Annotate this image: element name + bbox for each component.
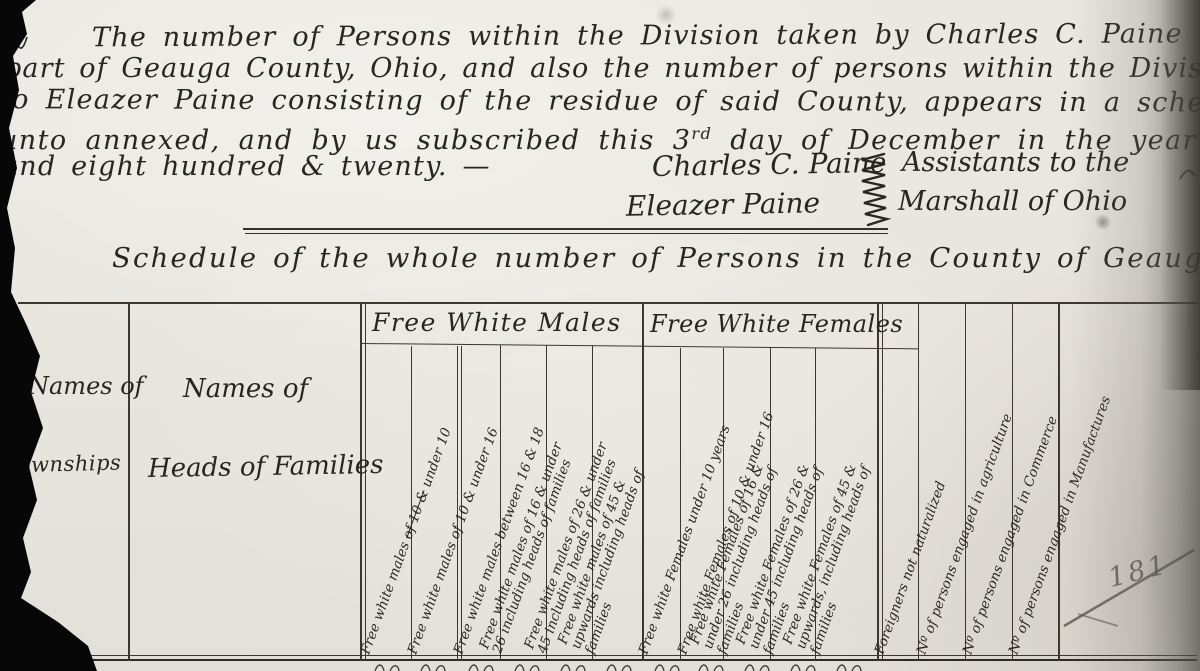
ink-fragment bbox=[742, 662, 772, 671]
ink-fragment bbox=[604, 662, 634, 671]
grid-line bbox=[918, 303, 919, 661]
grid-line bbox=[360, 303, 362, 661]
brace-icon bbox=[852, 150, 898, 230]
struck-text: of 10 & bbox=[400, 488, 432, 541]
intro-line-5: and eight hundred & twenty. — bbox=[2, 151, 491, 183]
ink-fragment bbox=[372, 662, 402, 671]
signature-role-line-2: Marshall of Ohio bbox=[898, 186, 1127, 217]
intro-line-2: part of Geauga County, Ohio, and also th… bbox=[4, 53, 1200, 85]
table-top-border bbox=[18, 302, 1197, 304]
ink-fragment bbox=[466, 662, 496, 671]
heads-header-line-2: Heads of Families bbox=[148, 450, 384, 484]
header-text: under 10 bbox=[417, 425, 455, 493]
grid-line bbox=[965, 303, 966, 661]
ink-fragment bbox=[788, 662, 818, 671]
pen-mark-icon bbox=[1178, 166, 1198, 184]
grid-line bbox=[680, 348, 681, 661]
intro-line-1: The number of Persons within the Divisio… bbox=[92, 18, 1200, 55]
schedule-title: Schedule of the whole number of Persons … bbox=[112, 242, 1200, 274]
ink-fragment bbox=[834, 662, 864, 671]
header-text: Free white males bbox=[358, 535, 415, 656]
ink-fragment bbox=[512, 662, 542, 671]
ink-fragment bbox=[558, 662, 588, 671]
grid-line bbox=[128, 303, 130, 661]
divider-rule-bottom bbox=[245, 233, 888, 234]
group-header-divider bbox=[362, 343, 918, 350]
group-header-females: Free White Females bbox=[650, 310, 903, 338]
grid-line bbox=[1012, 303, 1013, 661]
census-document-page: The number of Persons within the Divisio… bbox=[0, 0, 1200, 671]
heads-header-line-1: Names of bbox=[183, 374, 308, 404]
group-header-males: Free White Males bbox=[372, 308, 622, 337]
ink-fragment bbox=[652, 662, 682, 671]
divider-rule-top bbox=[243, 228, 888, 230]
ordinal-suffix: rd bbox=[691, 124, 712, 143]
signature-role-line-1: Assistants to the bbox=[902, 147, 1129, 178]
grid-line bbox=[365, 303, 366, 661]
townships-header-line-1: Names of bbox=[28, 372, 144, 400]
ink-fragment bbox=[418, 662, 448, 671]
header-bottom-border-2 bbox=[18, 659, 1197, 661]
intro-line-3: to Eleazer Paine consisting of the resid… bbox=[0, 84, 1200, 120]
ink-fragment bbox=[696, 662, 726, 671]
signature-eleazer-paine: Eleazer Paine bbox=[626, 186, 821, 222]
